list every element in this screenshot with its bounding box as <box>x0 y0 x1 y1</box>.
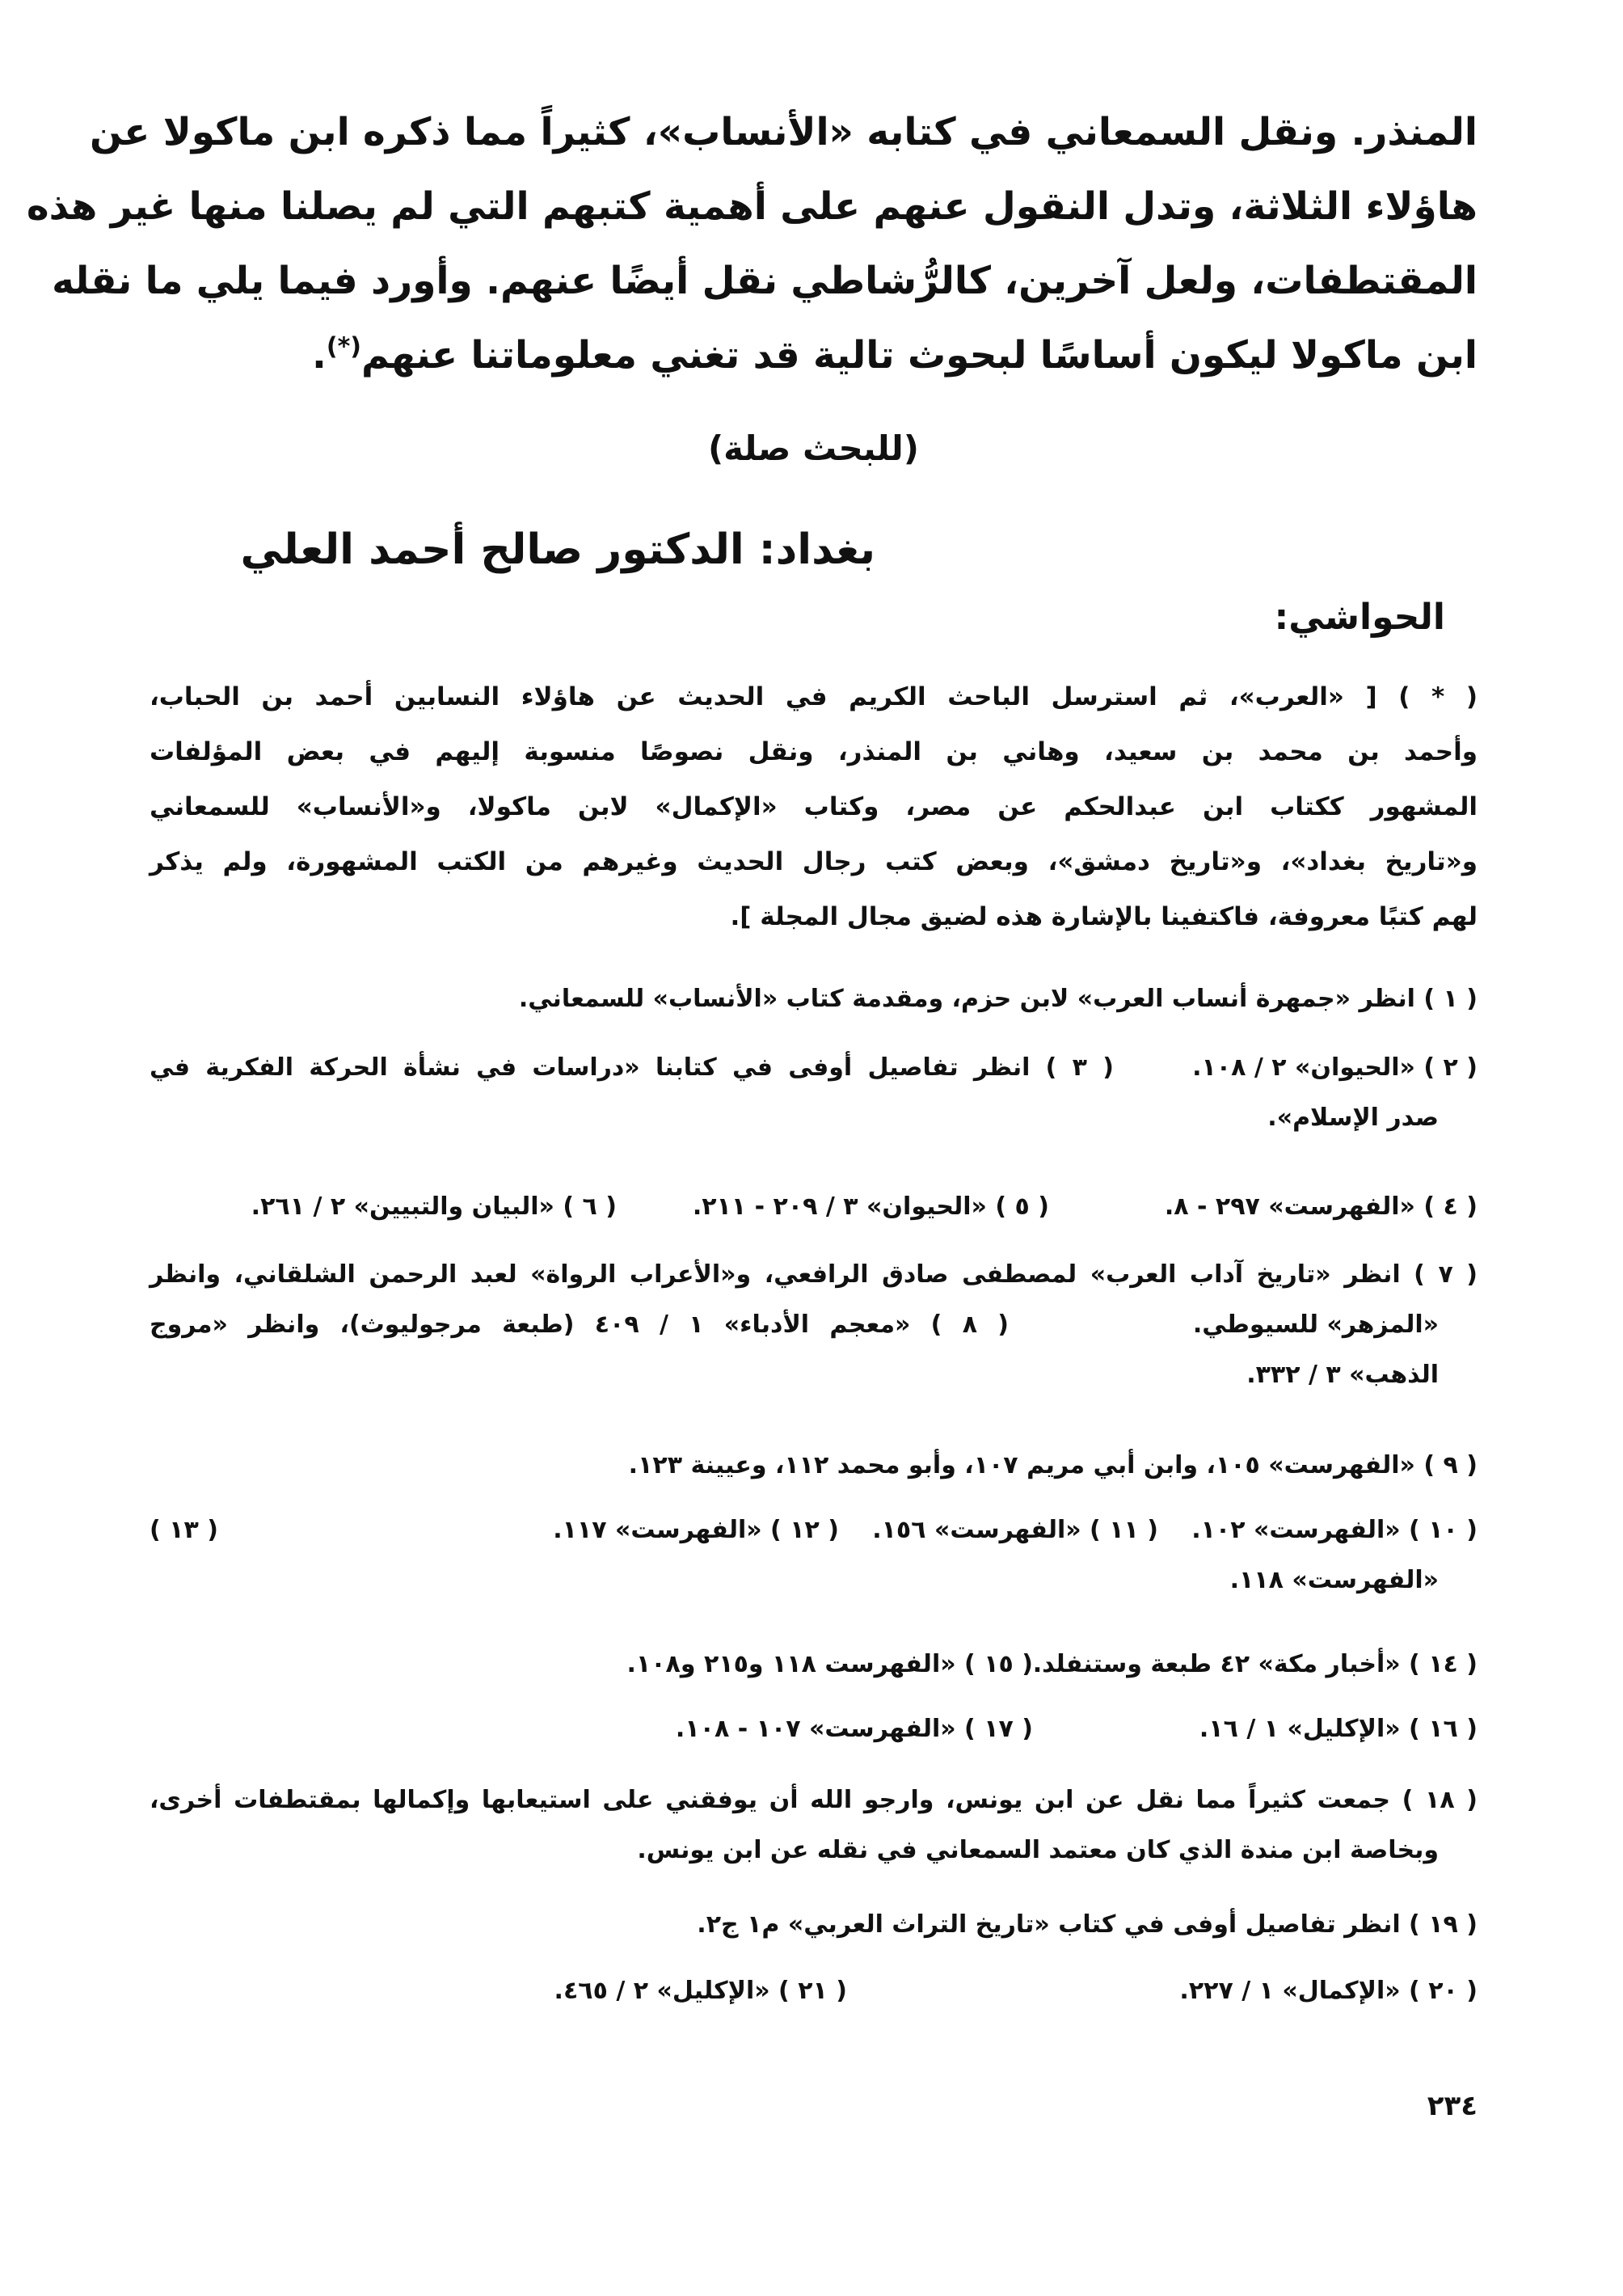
footnote-9: ( ٩ ) «الفهرست» ١٠٥، وابن أبي مريم ١٠٧، … <box>150 1441 1478 1491</box>
body-line: هاؤلاء الثلاثة، وتدل النقول عنهم على أهم… <box>150 170 1478 244</box>
footnotes-20-21: ( ٢٠ ) «الإكمال» ١ / ٢٢٧. ( ٢١ ) «الإكلي… <box>150 1966 1478 2016</box>
page-number: ٢٣٤ <box>1427 2090 1478 2122</box>
footnote-12: ( ١٢ ) «الفهرست» ١١٧. <box>553 1505 839 1555</box>
footnote-14: ( ١٤ ) «أخبار مكة» ٤٢ طبعة وستنفلد. <box>1033 1640 1478 1690</box>
body-paragraph: المنذر. ونقل السمعاني في كتابه «الأنساب»… <box>150 95 1478 393</box>
footnote-10: ( ١٠ ) «الفهرست» ١٠٢. <box>1191 1505 1478 1555</box>
editor-note-line: و«تاريخ بغداد»، و«تاريخ دمشق»، وبعض كتب … <box>150 834 1478 889</box>
footnotes-10-13: ( ١٠ ) «الفهرست» ١٠٢. ( ١١ ) «الفهرست» ١… <box>150 1505 1478 1606</box>
footnote-11: ( ١١ ) «الفهرست» ١٥٦. <box>872 1505 1158 1555</box>
footnote-20: ( ٢٠ ) «الإكمال» ١ / ٢٢٧. <box>1179 1966 1478 2016</box>
footnotes-7-8: ( ٧ ) انظر «تاريخ آداب العرب» لمصطفى صاد… <box>150 1250 1478 1403</box>
footnotes-16-17: ( ١٦ ) «الإكليل» ١ / ١٦. ( ١٧ ) «الفهرست… <box>150 1704 1478 1754</box>
footnote-13: ( ١٣ ) <box>150 1505 218 1555</box>
editor-note-line: وأحمد بن محمد بن سعيد، وهاني بن المنذر، … <box>150 724 1478 779</box>
footnote-4: ( ٤ ) «الفهرست» ٢٩٧ - ٨. <box>1165 1182 1478 1232</box>
body-line: ابن ماكولا ليكون أساسًا لبحوث تالية قد ت… <box>150 319 1478 393</box>
footnote-3-continued: صدر الإسلام». <box>1267 1093 1439 1143</box>
continued-note: (للبحث صلة) <box>150 428 1478 468</box>
author-signature: بغداد: الدكتور صالح أحمد العلي <box>240 525 875 574</box>
footnote-2: ( ٢ ) «الحيوان» ٢ / ١٠٨. <box>1192 1043 1478 1093</box>
footnote-18: ( ١٨ ) جمعت كثيراً مما نقل عن ابن يونس، … <box>150 1775 1478 1876</box>
footnote-6: ( ٦ ) «البيان والتبيين» ٢ / ٢٦١. <box>251 1182 617 1232</box>
footnotes-heading: الحواشي: <box>1275 597 1445 638</box>
footnote-1: ( ١ ) انظر «جمهرة أنساب العرب» لابن حزم،… <box>150 974 1478 1024</box>
footnote-text: ( ١٨ ) جمعت كثيراً مما نقل عن ابن يونس، … <box>150 1775 1478 1825</box>
period: . <box>312 333 327 378</box>
footnote-21: ( ٢١ ) «الإكليل» ٢ / ٤٦٥. <box>554 1966 847 2016</box>
footnote-8: ( ٨ ) «معجم الأدباء» ١ / ٤٠٩ (طبعة مرجول… <box>150 1300 1009 1350</box>
footnotes-2-3: ( ٢ ) «الحيوان» ٢ / ١٠٨. ( ٣ ) انظر تفاص… <box>150 1043 1478 1143</box>
footnote-3: ( ٣ ) انظر تفاصيل أوفى في كتابنا «دراسات… <box>150 1043 1114 1093</box>
body-line: المقتطفات، ولعل آخرين، كالرُّشاطي نقل أي… <box>150 244 1478 319</box>
document-page: المنذر. ونقل السمعاني في كتابه «الأنساب»… <box>150 0 1478 2296</box>
editor-note: ( * ) [ «العرب»، ثم استرسل الباحث الكريم… <box>150 669 1478 944</box>
editor-note-line: المشهور ككتاب ابن عبدالحكم عن مصر، وكتاب… <box>150 779 1478 834</box>
footnotes-14-15: ( ١٤ ) «أخبار مكة» ٤٢ طبعة وستنفلد. ( ١٥… <box>150 1640 1478 1690</box>
footnote-reference[interactable]: (*) <box>327 332 361 361</box>
footnote-19: ( ١٩ ) انظر تفاصيل أوفى في كتاب «تاريخ ا… <box>150 1900 1478 1950</box>
footnote-5: ( ٥ ) «الحيوان» ٣ / ٢٠٩ - ٢١١. <box>693 1182 1049 1232</box>
footnote-text: ( ٩ ) «الفهرست» ١٠٥، وابن أبي مريم ١٠٧، … <box>150 1441 1478 1491</box>
footnote-7: ( ٧ ) انظر «تاريخ آداب العرب» لمصطفى صاد… <box>150 1250 1478 1300</box>
footnote-17: ( ١٧ ) «الفهرست» ١٠٧ - ١٠٨. <box>676 1704 1033 1754</box>
footnote-text: وبخاصة ابن مندة الذي كان معتمد السمعاني … <box>150 1825 1478 1876</box>
footnote-7-continued: «المزهر» للسيوطي. <box>1193 1300 1439 1350</box>
editor-note-line: ( * ) [ «العرب»، ثم استرسل الباحث الكريم… <box>150 669 1478 724</box>
editor-note-line: لهم كتبًا معروفة، فاكتفينا بالإشارة هذه … <box>150 889 1478 944</box>
footnote-15: ( ١٥ ) «الفهرست ١١٨ و٢١٥ و١٠٨. <box>627 1640 1033 1690</box>
footnote-8-continued: الذهب» ٣ / ٣٣٢. <box>1246 1350 1439 1400</box>
footnote-text: ( ١ ) انظر «جمهرة أنساب العرب» لابن حزم،… <box>150 974 1478 1024</box>
footnote-16: ( ١٦ ) «الإكليل» ١ / ١٦. <box>1199 1704 1478 1754</box>
body-line-text: ابن ماكولا ليكون أساسًا لبحوث تالية قد ت… <box>361 333 1478 378</box>
body-line: المنذر. ونقل السمعاني في كتابه «الأنساب»… <box>150 95 1478 170</box>
footnote-text: ( ١٩ ) انظر تفاصيل أوفى في كتاب «تاريخ ا… <box>150 1900 1478 1950</box>
footnotes-4-6: ( ٤ ) «الفهرست» ٢٩٧ - ٨. ( ٥ ) «الحيوان»… <box>150 1182 1478 1232</box>
footnote-13-continued: «الفهرست» ١١٨. <box>1230 1555 1439 1606</box>
